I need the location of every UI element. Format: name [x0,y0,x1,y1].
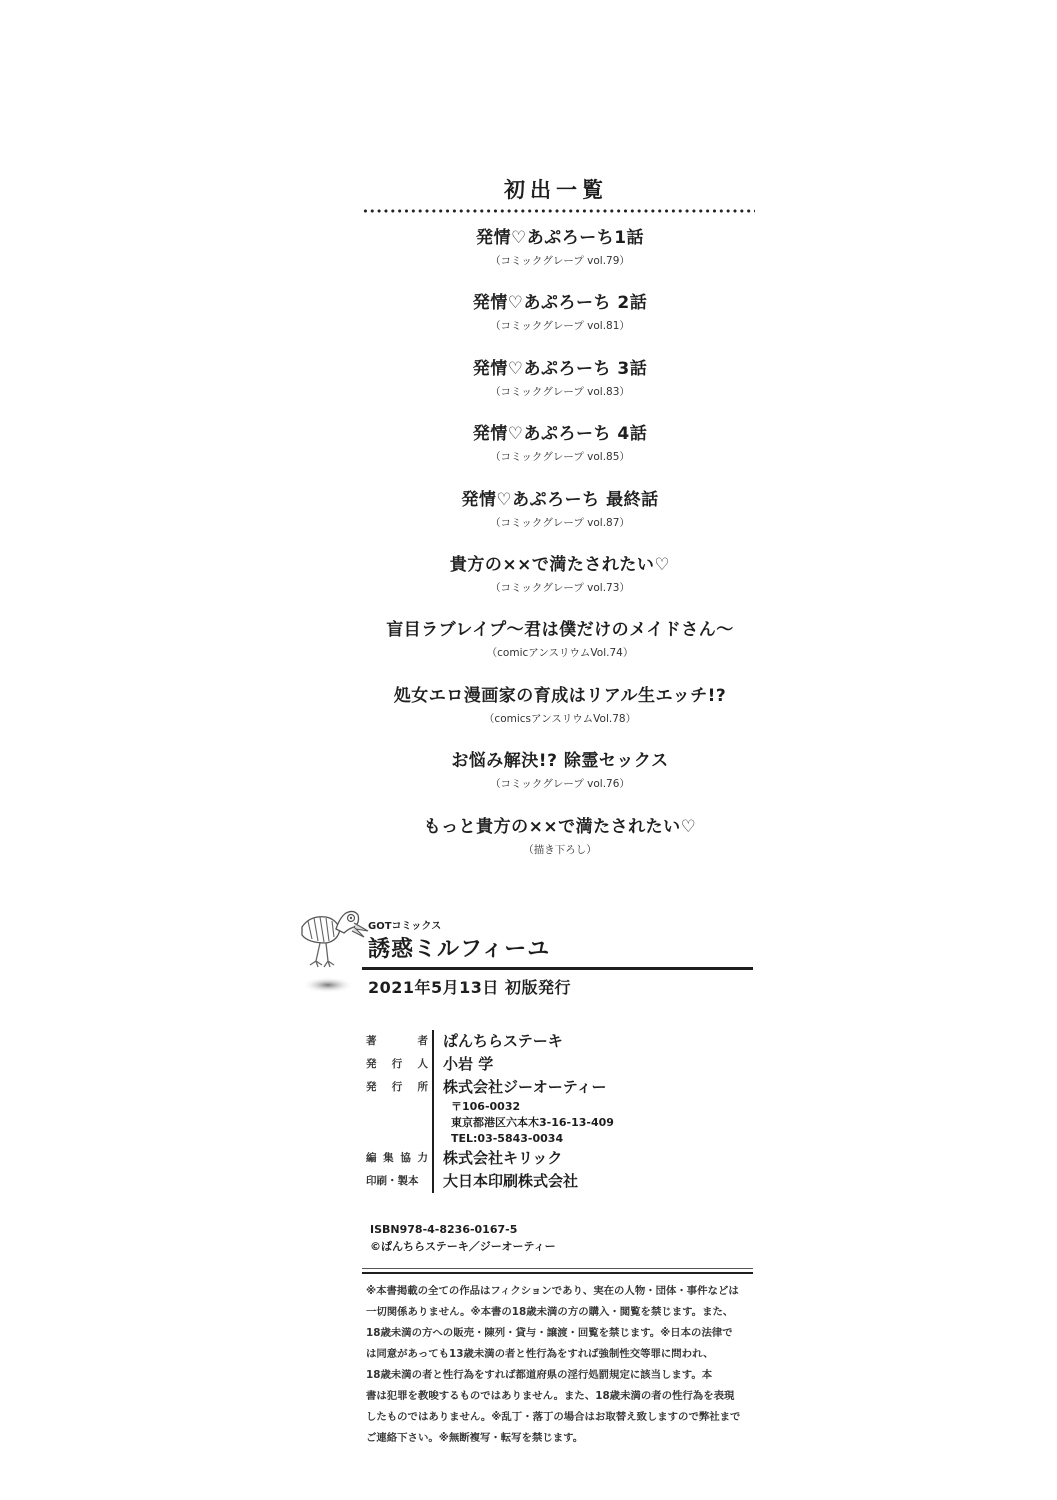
toc-item-title: 発情♡あぷろーち 4話 [360,422,760,446]
disclaimer-line: したものではありません。※乱丁・落丁の場合はお取替え致しますので弊社まで [366,1407,766,1428]
toc-item-source: （comicアンスリウムVol.74） [360,646,760,660]
toc-heading: 初出一覧 [0,174,1057,204]
disclaimer-line: は同意があっても13歳未満の者と性行為をすれば強制性交等罪に問われ、 [366,1344,766,1365]
toc-item: 発情♡あぷろーち 4話 （コミックグレープ vol.85） [360,422,760,487]
street-address: 東京都港区六本木3-16-13-409 [443,1115,614,1131]
toc-item-title: もっと貴方の××で満たされたい♡ [360,815,760,839]
toc-item: もっと貴方の××で満たされたい♡ （描き下ろし） [360,815,760,880]
toc-item: 発情♡あぷろーち1話 （コミックグレープ vol.79） [360,226,760,291]
publisher-block: 株式会社ジーオーティー 〒106-0032 東京都港区六本木3-16-13-40… [443,1076,614,1147]
toc-item: 処女エロ漫画家の育成はリアル生エッチ!? （comicsアンスリウムVol.78… [360,684,760,749]
telephone: TEL:03-5843-0034 [443,1131,614,1147]
isbn: ISBN978-4-8236-0167-5 [370,1222,517,1238]
toc-item: 貴方の××で満たされたい♡ （コミックグレープ vol.73） [360,553,760,618]
toc-item: 発情♡あぷろーち 3話 （コミックグレープ vol.83） [360,357,760,422]
credit-divider [432,1170,434,1193]
copyright: ©ぱんちらステーキ／ジーオーティー [370,1239,556,1255]
credit-value: 大日本印刷株式会社 [443,1170,578,1193]
credit-row-editorial: 編 集 協 力 株式会社キリック [366,1147,686,1170]
divider-thin [362,1268,753,1269]
disclaimer-line: ※本書掲載の全ての作品はフィクションであり、実在の人物・団体・事件などは [366,1281,766,1302]
credit-label: 発 行 人 [366,1053,432,1076]
title-rule [362,967,753,970]
disclaimer-line: ご連絡下さい。※無断複写・転写を禁じます。 [366,1428,766,1449]
toc-item-source: （comicsアンスリウムVol.78） [360,712,760,726]
toc-item-source: （コミックグレープ vol.79） [360,254,760,268]
toc-item-source: （コミックグレープ vol.87） [360,516,760,530]
credit-label: 編 集 協 力 [366,1147,432,1170]
toc-item-title: 処女エロ漫画家の育成はリアル生エッチ!? [360,684,760,708]
toc-item: 発情♡あぷろーち 最終話 （コミックグレープ vol.87） [360,488,760,553]
toc-item-source: （描き下ろし） [360,843,760,857]
toc-item-title: 発情♡あぷろーち 3話 [360,357,760,381]
book-title: 誘惑ミルフィーユ [368,932,550,963]
toc-item-title: 発情♡あぷろーち1話 [360,226,760,250]
disclaimer-line: 18歳未満の方への販売・陳列・貸与・譲渡・回覧を禁じます。※日本の法律で [366,1323,766,1344]
toc-item-title: 発情♡あぷろーち 最終話 [360,488,760,512]
credit-label: 著 者 [366,1030,432,1053]
toc-item: 発情♡あぷろーち 2話 （コミックグレープ vol.81） [360,291,760,356]
series-label: GOTコミックス [368,917,441,932]
credit-row-publisher-person: 発 行 人 小岩 学 [366,1053,686,1076]
divider-thick [362,1272,753,1274]
toc-item: お悩み解決!? 除霊セックス （コミックグレープ vol.76） [360,749,760,814]
publication-date: 2021年5月13日 初版発行 [368,975,571,998]
credits-table: 著 者 ぱんちらステーキ 発 行 人 小岩 学 発 行 所 株式会社ジーオーティ… [366,1030,686,1193]
toc-item-title: お悩み解決!? 除霊セックス [360,749,760,773]
bird-mascot-icon [296,905,376,1000]
toc-item-source: （コミックグレープ vol.85） [360,450,760,464]
credit-row-publisher: 発 行 所 株式会社ジーオーティー 〒106-0032 東京都港区六本木3-16… [366,1076,686,1147]
toc-item-title: 盲目ラブレイプ～君は僕だけのメイドさん～ [360,618,760,642]
credit-value: 株式会社キリック [443,1147,562,1170]
credit-divider [432,1076,434,1147]
disclaimer-line: 一切関係ありません。※本書の18歳未満の方の購入・閲覧を禁じます。また、 [366,1302,766,1323]
toc-item-source: （コミックグレープ vol.83） [360,385,760,399]
credit-label: 印刷・製本 [366,1170,432,1193]
postal-code: 〒106-0032 [443,1099,614,1115]
toc-item-source: （コミックグレープ vol.81） [360,319,760,333]
toc-item: 盲目ラブレイプ～君は僕だけのメイドさん～ （comicアンスリウムVol.74） [360,618,760,683]
dotted-divider [362,207,755,215]
credit-row-printing: 印刷・製本 大日本印刷株式会社 [366,1170,686,1193]
credit-row-author: 著 者 ぱんちらステーキ [366,1030,686,1053]
credit-label: 発 行 所 [366,1076,432,1099]
credit-divider [432,1030,434,1053]
legal-disclaimer: ※本書掲載の全ての作品はフィクションであり、実在の人物・団体・事件などは 一切関… [366,1281,766,1449]
disclaimer-line: 18歳未満の者と性行為をすれば都道府県の淫行処罰規定に該当します。本 [366,1365,766,1386]
toc-item-title: 貴方の××で満たされたい♡ [360,553,760,577]
credit-divider [432,1053,434,1076]
toc-item-source: （コミックグレープ vol.73） [360,581,760,595]
credit-value: ぱんちらステーキ [443,1030,563,1053]
credit-value: 小岩 学 [443,1053,493,1076]
toc-item-title: 発情♡あぷろーち 2話 [360,291,760,315]
disclaimer-line: 書は犯罪を教唆するものではありません。また、18歳未満の者の性行為を表現 [366,1386,766,1407]
toc-item-source: （コミックグレープ vol.76） [360,777,760,791]
credit-value: 株式会社ジーオーティー [443,1076,614,1099]
credit-divider [432,1147,434,1170]
toc-list: 発情♡あぷろーち1話 （コミックグレープ vol.79） 発情♡あぷろーち 2話… [360,226,760,880]
